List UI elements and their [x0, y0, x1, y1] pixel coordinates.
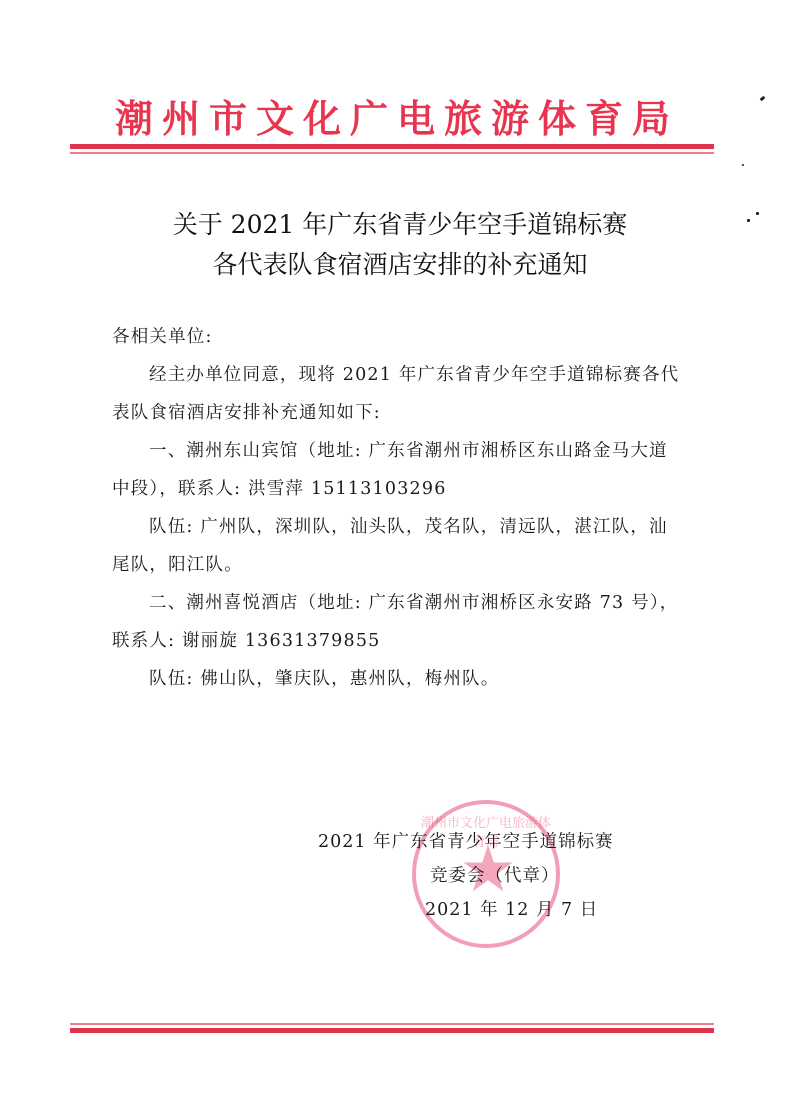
salutation: 各相关单位: — [112, 318, 682, 356]
hotel-1-teams: 队伍: 广州队，深圳队，汕头队，茂名队，清远队，湛江队，汕尾队，阳江队。 — [112, 508, 682, 584]
scan-speck — [742, 164, 744, 166]
title-line-1: 关于 2021 年广东省青少年空手道锦标赛 — [80, 205, 720, 245]
scan-speck — [760, 96, 766, 102]
scan-speck — [747, 219, 750, 222]
document-body: 各相关单位: 经主办单位同意，现将 2021 年广东省青少年空手道锦标赛各代表队… — [112, 318, 682, 698]
footer-rule-thin — [70, 1023, 714, 1025]
footer-rule-thick — [70, 1028, 714, 1033]
signature-block: 2021 年广东省青少年空手道锦标赛 竞委会（代章） 2021 年 12 月 7… — [300, 825, 680, 927]
hotel-2-teams: 队伍: 佛山队，肇庆队，惠州队，梅州队。 — [112, 660, 682, 698]
scan-speck — [756, 212, 759, 215]
signature-date: 2021 年 12 月 7 日 — [300, 893, 680, 927]
title-line-2: 各代表队食宿酒店安排的补充通知 — [80, 245, 720, 285]
hotel-2-info: 二、潮州喜悦酒店（地址: 广东省潮州市湘桥区永安路 73 号），联系人: 谢丽旋… — [112, 584, 682, 660]
document-title: 关于 2021 年广东省青少年空手道锦标赛 各代表队食宿酒店安排的补充通知 — [80, 205, 720, 285]
hotel-1-info: 一、潮州东山宾馆（地址: 广东省潮州市湘桥区东山路金马大道中段），联系人: 洪雪… — [112, 432, 682, 508]
signature-organizer: 2021 年广东省青少年空手道锦标赛 — [300, 825, 680, 859]
signature-committee: 竞委会（代章） — [300, 859, 680, 893]
intro-paragraph: 经主办单位同意，现将 2021 年广东省青少年空手道锦标赛各代表队食宿酒店安排补… — [112, 356, 682, 432]
header-rule-thin — [70, 152, 714, 154]
header-rule-thick — [70, 144, 714, 149]
letterhead-organization: 潮州市文化广电旅游体育局 — [72, 88, 722, 143]
